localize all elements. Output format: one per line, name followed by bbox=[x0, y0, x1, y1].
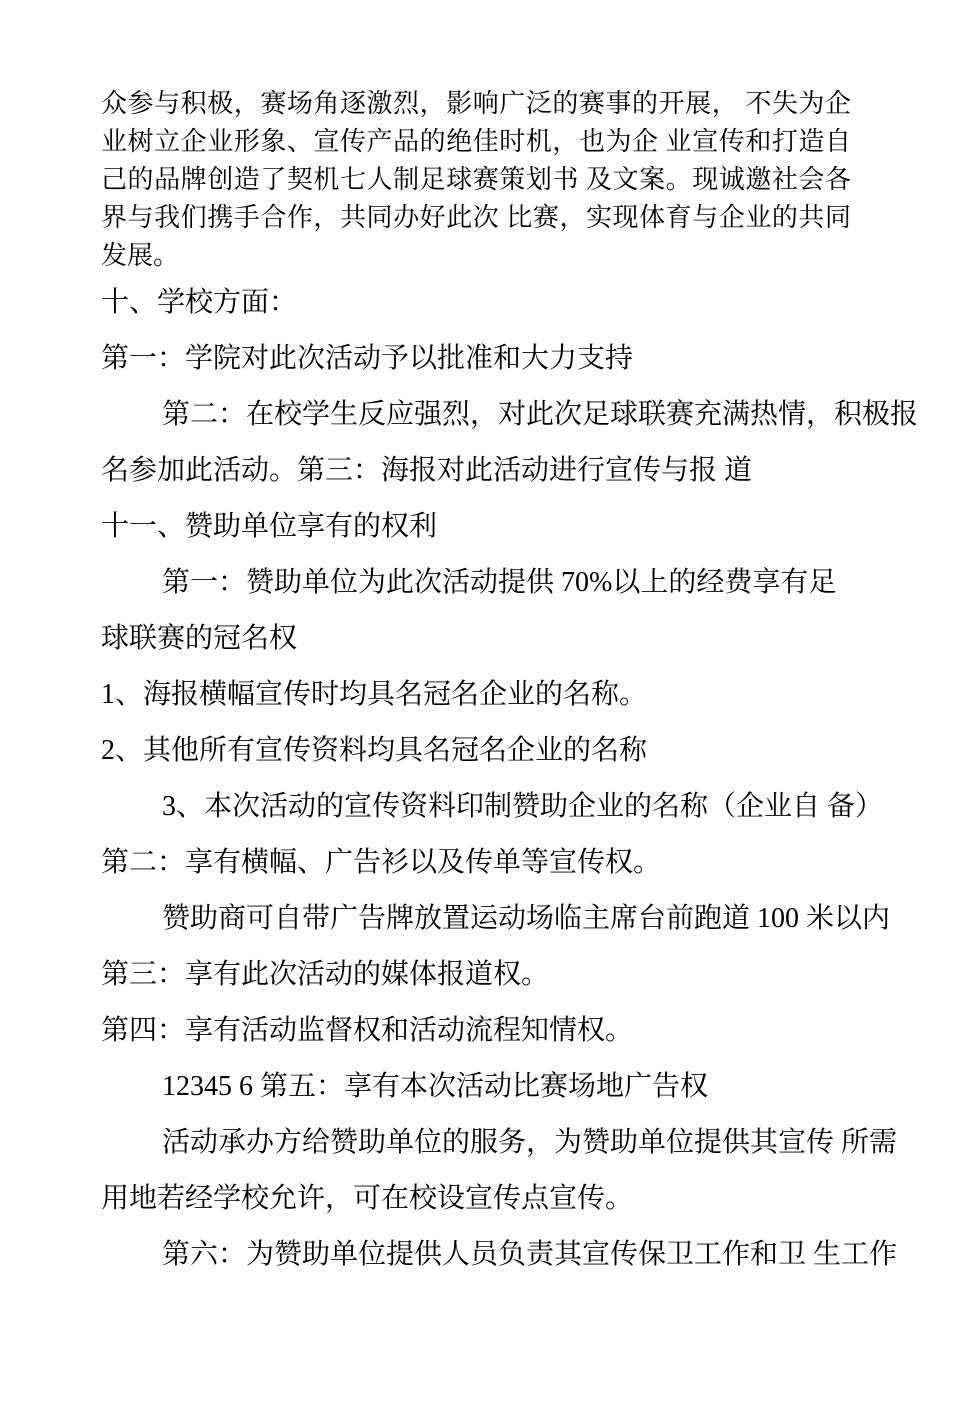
document-line: 2、其他所有宣传资料均具名冠名企业的名称 bbox=[101, 723, 941, 779]
paragraph-line: 己的品牌创造了契机七人制足球赛策划书 及文案。现诚邀社会各 bbox=[101, 161, 851, 199]
document-line: 12345 6 第五：享有本次活动比赛场地广告权 bbox=[101, 1059, 941, 1115]
document-line: 第六：为赞助单位提供人员负责其宣传保卫工作和卫 生工作 bbox=[101, 1227, 941, 1283]
document-line: 活动承办方给赞助单位的服务，为赞助单位提供其宣传 所需 bbox=[101, 1115, 941, 1171]
document-line: 赞助商可自带广告牌放置运动场临主席台前跑道 100 米以内 bbox=[101, 891, 941, 947]
document-line: 第四：享有活动监督权和活动流程知情权。 bbox=[101, 1003, 941, 1059]
document-line: 用地若经学校允许，可在校设宣传点宣传。 bbox=[101, 1171, 941, 1227]
intro-paragraph: 众参与积极，赛场角逐激烈，影响广泛的赛事的开展， 不失为企 业树立企业形象、宣传… bbox=[101, 85, 851, 275]
paragraph-line: 发展。 bbox=[101, 237, 851, 275]
document-line: 1、海报横幅宣传时均具名冠名企业的名称。 bbox=[101, 667, 941, 723]
document-line: 第二：在校学生反应强烈，对此次足球联赛充满热情，积极报 bbox=[101, 387, 941, 443]
document-line: 十、学校方面： bbox=[101, 275, 941, 331]
document-line: 第一：赞助单位为此次活动提供 70%以上的经费享有足 bbox=[101, 555, 941, 611]
document-line: 十一、赞助单位享有的权利 bbox=[101, 499, 941, 555]
document-body: 十、学校方面： 第一：学院对此次活动予以批准和大力支持 第二：在校学生反应强烈，… bbox=[101, 275, 941, 1283]
document-line: 第二：享有横幅、广告衫以及传单等宣传权。 bbox=[101, 835, 941, 891]
document-line: 第三：享有此次活动的媒体报道权。 bbox=[101, 947, 941, 1003]
paragraph-line: 众参与积极，赛场角逐激烈，影响广泛的赛事的开展， 不失为企 bbox=[101, 85, 851, 123]
document-line: 名参加此活动。第三：海报对此活动进行宣传与报 道 bbox=[101, 443, 941, 499]
paragraph-line: 界与我们携手合作，共同办好此次 比赛，实现体育与企业的共同 bbox=[101, 199, 851, 237]
document-line: 第一：学院对此次活动予以批准和大力支持 bbox=[101, 331, 941, 387]
document-page: 众参与积极，赛场角逐激烈，影响广泛的赛事的开展， 不失为企 业树立企业形象、宣传… bbox=[101, 85, 941, 1283]
paragraph-line: 业树立企业形象、宣传产品的绝佳时机，也为企 业宣传和打造自 bbox=[101, 123, 851, 161]
document-line: 3、本次活动的宣传资料印制赞助企业的名称（企业自 备） bbox=[101, 779, 941, 835]
document-line: 球联赛的冠名权 bbox=[101, 611, 941, 667]
